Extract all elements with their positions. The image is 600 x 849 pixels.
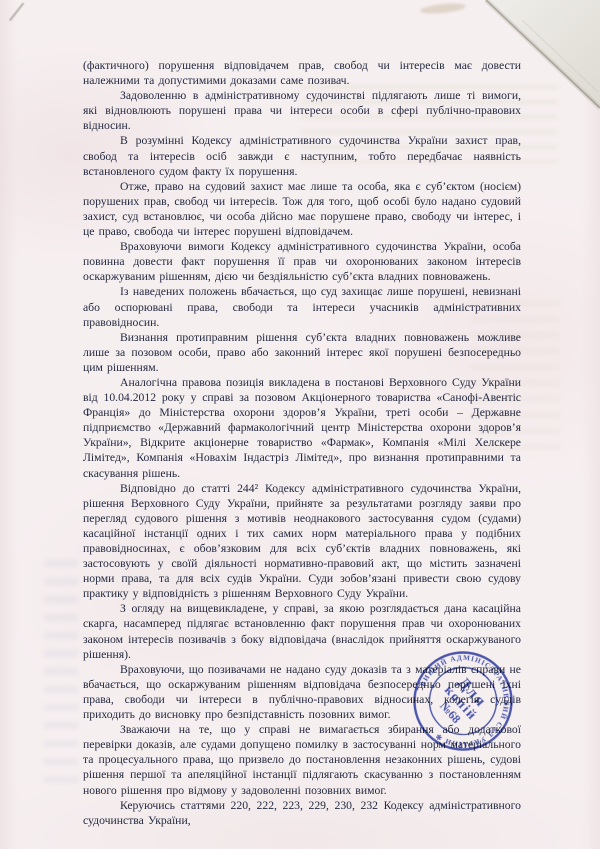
paragraph: Враховуючи вимоги Кодексу адміністративн… xyxy=(83,239,521,284)
paragraph: Визнання протиправним рішення суб’єкта в… xyxy=(83,330,521,375)
paragraph: Отже, право на судовий захист має лише т… xyxy=(83,179,521,239)
paragraph: Відповідно до статті 244² Кодексу адміні… xyxy=(83,481,521,602)
document-body: (фактичного) порушення відповідачем прав… xyxy=(83,58,521,828)
ink-bleedthrough-artifact xyxy=(44,560,78,790)
paragraph: (фактичного) порушення відповідачем прав… xyxy=(83,58,521,88)
paragraph: Зважаючи на те, що у справі не вимагаєть… xyxy=(83,722,521,797)
paragraph: З огляду на вищевикладене, у справі, за … xyxy=(83,601,521,661)
scanned-court-document-page: (фактичного) порушення відповідачем прав… xyxy=(0,0,600,849)
paragraph: Із наведених положень вбачається, що суд… xyxy=(83,284,521,329)
corner-scuff-mark xyxy=(0,0,24,21)
paragraph: Враховуючи, що позивачами не надано суду… xyxy=(83,662,521,722)
paragraph: Керуючись статтями 220, 222, 223, 229, 2… xyxy=(83,798,521,828)
paragraph: В розумінні Кодексу адміністративного су… xyxy=(83,133,521,178)
pencil-smudge xyxy=(420,2,467,16)
paragraph: Задоволенню в адміністративному судочинс… xyxy=(83,88,521,133)
paragraph: Аналогічна правова позиція викладена в п… xyxy=(83,375,521,481)
